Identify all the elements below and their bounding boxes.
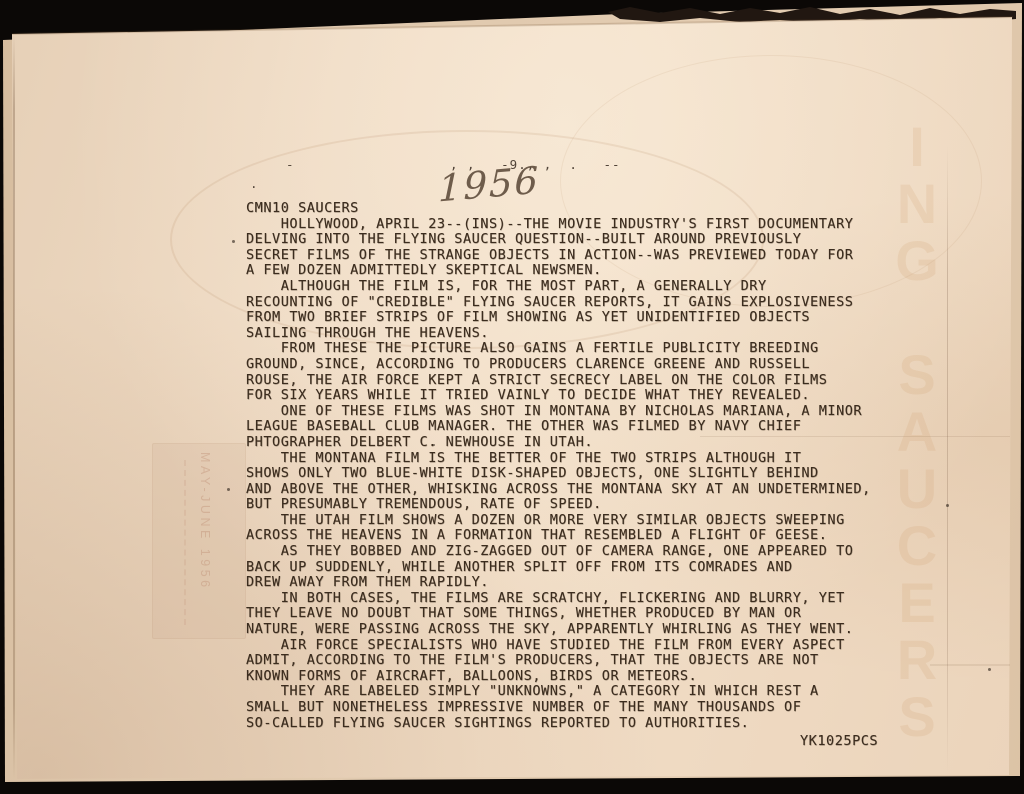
paper-left-edge-line — [13, 34, 15, 779]
typed-article-text: CMN10 SAUCERS HOLLYWOOD, APRIL 23--(INS)… — [246, 201, 910, 731]
bleedthrough-date-text: MAY-JUNE 1956 — [198, 452, 212, 634]
faint-typed-dot: . — [250, 176, 258, 191]
catalog-code: YK1025PCS — [800, 733, 878, 749]
dust-speck — [946, 504, 949, 507]
dust-speck — [433, 444, 435, 446]
photo-of-press-release: MAY-JUNE 1956 I N G S A U C E R S , , -9… — [0, 0, 1024, 794]
bleedthrough-faint-column — [184, 460, 186, 625]
faint-typed-dash: - — [286, 157, 294, 172]
dust-speck — [232, 240, 235, 243]
dust-speck — [227, 488, 230, 491]
dust-speck — [988, 668, 991, 671]
